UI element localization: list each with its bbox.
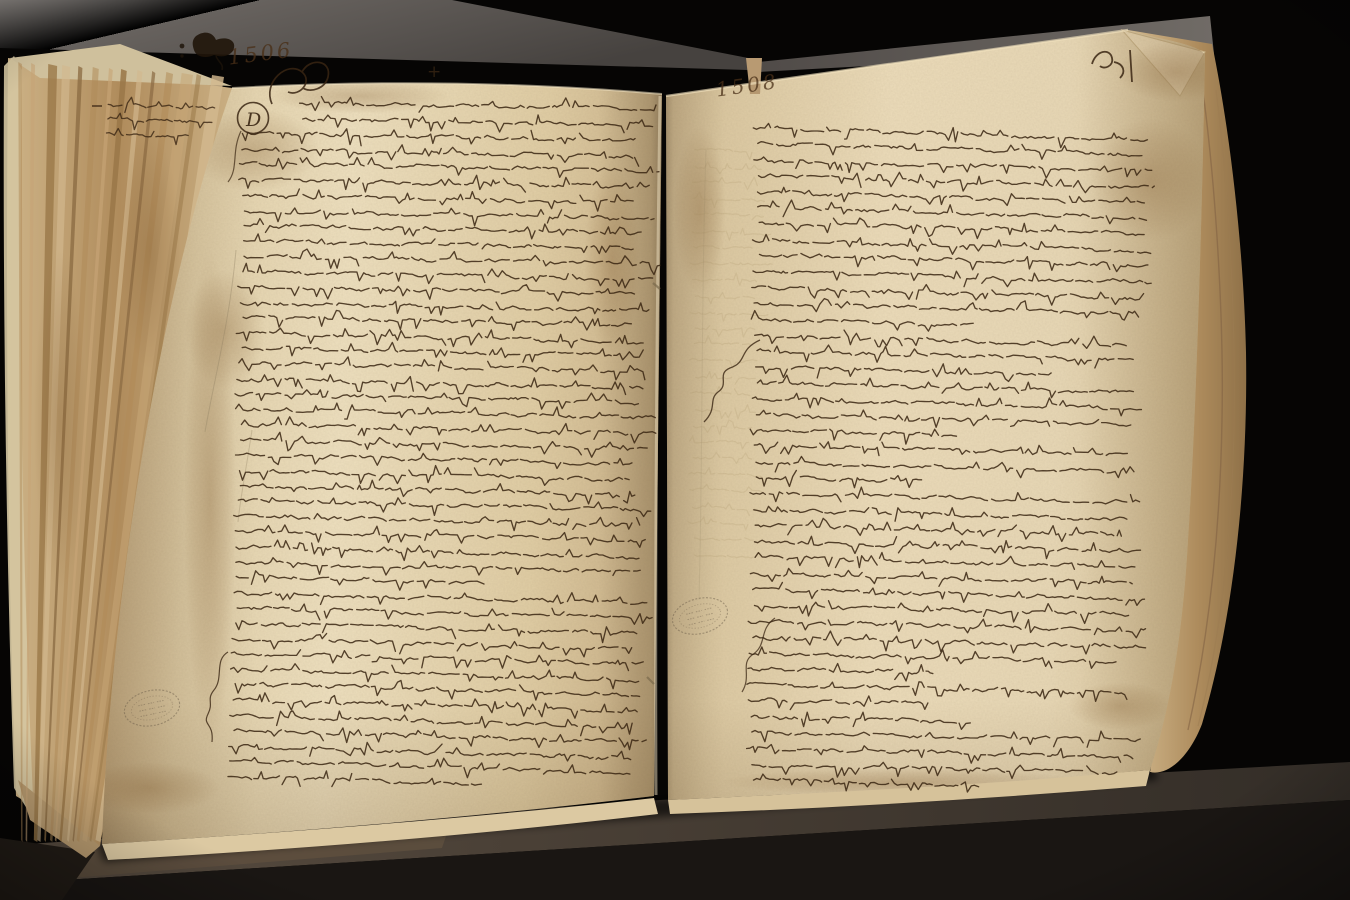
photo-of-manuscript: D 1506 + 1508: [0, 0, 1350, 900]
photo-vignette: [0, 0, 1350, 900]
manuscript-scene: D 1506 + 1508: [0, 0, 1350, 900]
